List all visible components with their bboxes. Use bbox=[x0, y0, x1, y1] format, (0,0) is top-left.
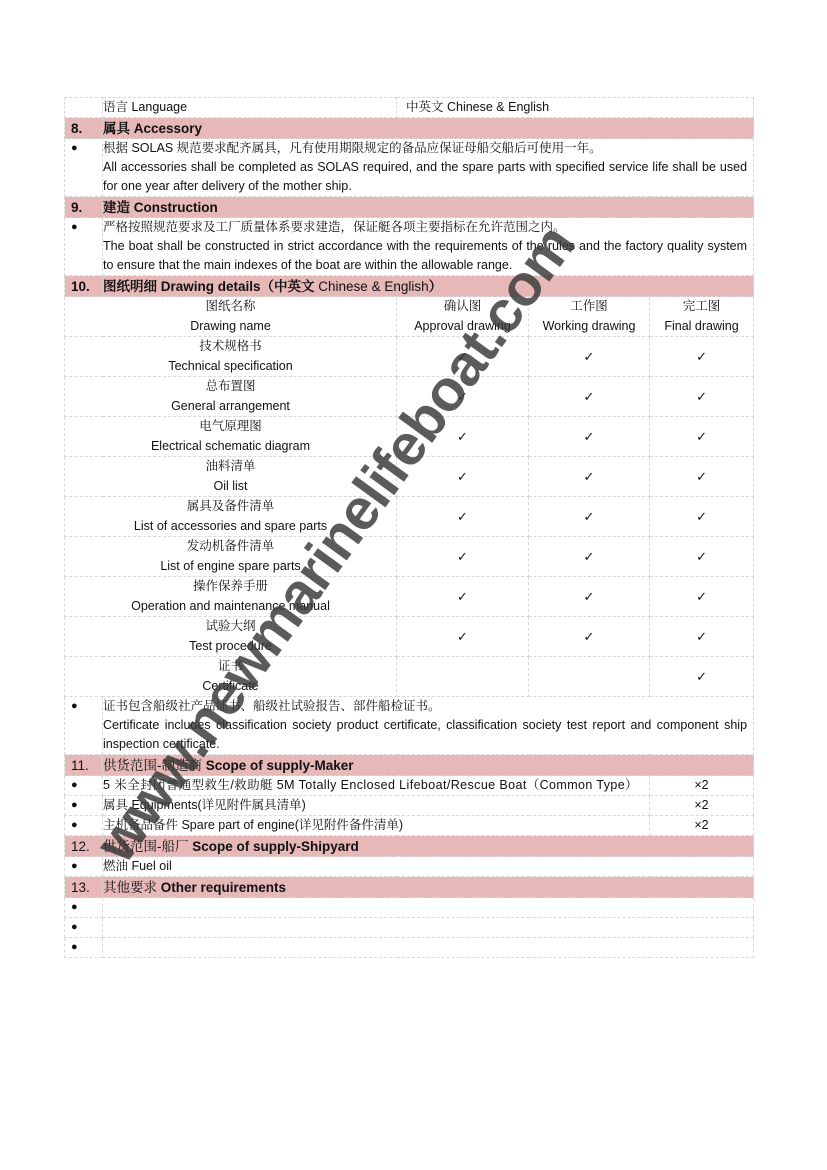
section-header-10: 10. 图纸明细 Drawing details（中英文 Chinese & E… bbox=[65, 276, 754, 297]
section-title-bold: Scope of supply-Shipyard bbox=[192, 839, 359, 854]
document-page: 语言 Language 中英文 Chinese & English 8. 属具 … bbox=[64, 97, 753, 958]
section-title: 图纸明细 Drawing details（中英文 Chinese & Engli… bbox=[103, 276, 754, 297]
item-text bbox=[103, 938, 754, 958]
paragraph-cn: 根据 SOLAS 规范要求配齐属具，凡有使用期限规定的备品应保证母船交船后可使用… bbox=[103, 139, 747, 158]
section-title-bold: Scope of supply-Maker bbox=[206, 758, 354, 773]
approval-check-icon: ✓ bbox=[397, 417, 529, 457]
bullet-icon: ● bbox=[65, 139, 103, 197]
section-number: 10. bbox=[65, 276, 103, 297]
language-label: 语言 Language bbox=[103, 98, 397, 118]
list-item: ●主机备品备件 Spare part of engine(详见附件备件清单)×2 bbox=[65, 816, 754, 836]
working-check-icon: ✓ bbox=[529, 537, 650, 577]
working-check-icon: ✓ bbox=[529, 497, 650, 537]
approval-check-icon: ✓ bbox=[397, 537, 529, 577]
item-quantity: ×2 bbox=[650, 776, 754, 796]
bullet-icon: ● bbox=[65, 776, 103, 796]
paragraph-en: All accessories shall be completed as SO… bbox=[103, 158, 747, 196]
note-cn: 证书包含船级社产品证书、船级社试验报告、部件船检证书。 bbox=[103, 697, 747, 716]
section-header-8: 8. 属具 Accessory bbox=[65, 118, 754, 139]
working-check-icon: ✓ bbox=[529, 417, 650, 457]
section-body-9: ● 严格按照规范要求及工厂质量体系要求建造，保证艇各项主要指标在允许范围之内。 … bbox=[65, 218, 754, 276]
drawing-name-cn: 属具及备件清单 bbox=[65, 497, 396, 517]
approval-check-icon: ✓ bbox=[397, 497, 529, 537]
final-check-icon: ✓ bbox=[650, 417, 754, 457]
column-header-cn: 确认图 bbox=[397, 297, 528, 317]
bullet-icon: ● bbox=[65, 218, 103, 276]
shipyard-supply-list: ●燃油 Fuel oil bbox=[65, 857, 754, 877]
approval-check-icon: ✓ bbox=[397, 377, 529, 417]
item-text bbox=[103, 918, 754, 938]
drawing-name-cn: 油料清单 bbox=[65, 457, 396, 477]
drawing-name-en: Oil list bbox=[65, 477, 396, 497]
note-en: Certificate includes classification soci… bbox=[103, 716, 747, 754]
drawing-name-cn: 试验大纲 bbox=[65, 617, 396, 637]
approval-check-icon: ✓ bbox=[397, 337, 529, 377]
drawing-name-en: Electrical schematic diagram bbox=[65, 437, 396, 457]
drawing-name-cn: 总布置图 bbox=[65, 377, 396, 397]
working-check-icon: ✓ bbox=[529, 377, 650, 417]
list-item: ●燃油 Fuel oil bbox=[65, 857, 754, 877]
final-check-icon: ✓ bbox=[650, 457, 754, 497]
drawing-name: 发动机备件清单List of engine spare parts bbox=[65, 537, 397, 577]
paragraph-cn: 严格按照规范要求及工厂质量体系要求建造，保证艇各项主要指标在允许范围之内。 bbox=[103, 218, 747, 237]
drawing-name-cn: 证书 bbox=[65, 657, 396, 677]
other-requirements-list: ●●● bbox=[65, 898, 754, 958]
drawing-table-header: 图纸名称Drawing name 确认图Approval drawing 工作图… bbox=[65, 297, 754, 337]
bullet-icon: ● bbox=[65, 697, 103, 755]
list-item: ● bbox=[65, 898, 754, 918]
column-header-cn: 图纸名称 bbox=[65, 297, 396, 317]
working-check-icon: ✓ bbox=[529, 577, 650, 617]
language-row: 语言 Language 中英文 Chinese & English bbox=[65, 98, 754, 118]
approval-check-icon: ✓ bbox=[397, 617, 529, 657]
column-header-en: Approval drawing bbox=[397, 317, 528, 337]
list-item: ●5 米全封闭普通型救生/救助艇 5M Totally Enclosed Lif… bbox=[65, 776, 754, 796]
column-header-en: Final drawing bbox=[650, 317, 753, 337]
working-check-icon: ✓ bbox=[529, 617, 650, 657]
drawing-row: 技术规格书Technical specification✓✓✓ bbox=[65, 337, 754, 377]
drawing-name-cn: 发动机备件清单 bbox=[65, 537, 396, 557]
final-check-icon: ✓ bbox=[650, 577, 754, 617]
column-header-approval: 确认图Approval drawing bbox=[397, 297, 529, 337]
column-header-cn: 完工图 bbox=[650, 297, 753, 317]
column-header-working: 工作图Working drawing bbox=[529, 297, 650, 337]
section-title: 其他要求 Other requirements bbox=[103, 877, 754, 898]
drawing-name-en: Test procedure bbox=[65, 637, 396, 657]
drawing-row: 电气原理图Electrical schematic diagram✓✓✓ bbox=[65, 417, 754, 457]
bullet-icon: ● bbox=[65, 918, 103, 938]
section-header-9: 9. 建造 Construction bbox=[65, 197, 754, 218]
bullet-icon: ● bbox=[65, 816, 103, 836]
certificate-note: ● 证书包含船级社产品证书、船级社试验报告、部件船检证书。 Certificat… bbox=[65, 697, 754, 755]
column-header-final: 完工图Final drawing bbox=[650, 297, 754, 337]
drawing-name: 电气原理图Electrical schematic diagram bbox=[65, 417, 397, 457]
section-header-11: 11. 供货范围-制造商 Scope of supply-Maker bbox=[65, 755, 754, 776]
drawing-name-en: List of accessories and spare parts bbox=[65, 517, 396, 537]
working-check-icon: ✓ bbox=[529, 337, 650, 377]
drawing-name-en: Certificate bbox=[65, 677, 396, 697]
drawing-name-cn: 操作保养手册 bbox=[65, 577, 396, 597]
drawing-name: 试验大纲Test procedure bbox=[65, 617, 397, 657]
final-check-icon: ✓ bbox=[650, 657, 754, 697]
drawing-rows: 技术规格书Technical specification✓✓✓总布置图Gener… bbox=[65, 337, 754, 697]
drawing-name: 操作保养手册Operation and maintenance manual bbox=[65, 577, 397, 617]
drawing-name: 证书Certificate bbox=[65, 657, 397, 697]
drawing-row: 属具及备件清单List of accessories and spare par… bbox=[65, 497, 754, 537]
list-item: ●属具 Equipments(详见附件属具清单)×2 bbox=[65, 796, 754, 816]
list-item: ● bbox=[65, 938, 754, 958]
final-check-icon: ✓ bbox=[650, 377, 754, 417]
drawing-name-en: General arrangement bbox=[65, 397, 396, 417]
section-number: 8. bbox=[65, 118, 103, 139]
drawing-name-cn: 技术规格书 bbox=[65, 337, 396, 357]
final-check-icon: ✓ bbox=[650, 617, 754, 657]
section-number: 11. bbox=[65, 755, 103, 776]
item-text: 5 米全封闭普通型救生/救助艇 5M Totally Enclosed Life… bbox=[103, 776, 650, 796]
section-title: 建造 Construction bbox=[103, 197, 754, 218]
drawing-name: 油料清单Oil list bbox=[65, 457, 397, 497]
section-number: 13. bbox=[65, 877, 103, 898]
language-value: 中英文 Chinese & English bbox=[397, 98, 754, 118]
final-check-icon: ✓ bbox=[650, 537, 754, 577]
drawing-name: 技术规格书Technical specification bbox=[65, 337, 397, 377]
drawing-row: 油料清单Oil list✓✓✓ bbox=[65, 457, 754, 497]
section-title: 属具 Accessory bbox=[103, 118, 754, 139]
section-title: 供货范围-制造商 Scope of supply-Maker bbox=[103, 755, 754, 776]
section-title-bold: Other requirements bbox=[161, 880, 286, 895]
section-title: 供货范围-船厂 Scope of supply-Shipyard bbox=[103, 836, 754, 857]
drawing-row: 试验大纲Test procedure✓✓✓ bbox=[65, 617, 754, 657]
drawing-name: 属具及备件清单List of accessories and spare par… bbox=[65, 497, 397, 537]
item-text: 燃油 Fuel oil bbox=[103, 857, 754, 877]
working-check-icon: ✓ bbox=[529, 457, 650, 497]
drawing-name-cn: 电气原理图 bbox=[65, 417, 396, 437]
drawing-name-en: Operation and maintenance manual bbox=[65, 597, 396, 617]
item-text: 属具 Equipments(详见附件属具清单) bbox=[103, 796, 650, 816]
working-check-icon bbox=[529, 657, 650, 697]
drawing-row: 发动机备件清单List of engine spare parts✓✓✓ bbox=[65, 537, 754, 577]
column-header-en: Working drawing bbox=[529, 317, 649, 337]
drawing-name-en: List of engine spare parts bbox=[65, 557, 396, 577]
section-title-bold: 图纸明细 Drawing details（中英文 bbox=[103, 279, 315, 294]
section-number: 9. bbox=[65, 197, 103, 218]
section-title-plain: Chinese & English bbox=[315, 279, 429, 294]
column-header-en: Drawing name bbox=[65, 317, 396, 337]
drawing-row: 证书Certificate✓ bbox=[65, 657, 754, 697]
approval-check-icon: ✓ bbox=[397, 457, 529, 497]
section-title-plain: 其他要求 bbox=[103, 880, 161, 895]
item-quantity: ×2 bbox=[650, 816, 754, 836]
drawing-row: 总布置图General arrangement✓✓✓ bbox=[65, 377, 754, 417]
bullet-icon: ● bbox=[65, 857, 103, 877]
final-check-icon: ✓ bbox=[650, 497, 754, 537]
approval-check-icon bbox=[397, 657, 529, 697]
bullet-icon: ● bbox=[65, 898, 103, 918]
bullet-icon: ● bbox=[65, 796, 103, 816]
section-body-8: ● 根据 SOLAS 规范要求配齐属具，凡有使用期限规定的备品应保证母船交船后可… bbox=[65, 139, 754, 197]
section-header-13: 13. 其他要求 Other requirements bbox=[65, 877, 754, 898]
section-header-12: 12. 供货范围-船厂 Scope of supply-Shipyard bbox=[65, 836, 754, 857]
column-header-drawing-name: 图纸名称Drawing name bbox=[65, 297, 397, 337]
item-text: 主机备品备件 Spare part of engine(详见附件备件清单) bbox=[103, 816, 650, 836]
approval-check-icon: ✓ bbox=[397, 577, 529, 617]
list-item: ● bbox=[65, 918, 754, 938]
bullet-icon: ● bbox=[65, 938, 103, 958]
paragraph-en: The boat shall be constructed in strict … bbox=[103, 237, 747, 275]
section-title-plain: 供货范围-制造商 bbox=[103, 758, 206, 773]
section-title-plain: 供货范围-船厂 bbox=[103, 839, 192, 854]
item-quantity: ×2 bbox=[650, 796, 754, 816]
spec-table: 语言 Language 中英文 Chinese & English 8. 属具 … bbox=[64, 97, 754, 958]
final-check-icon: ✓ bbox=[650, 337, 754, 377]
section-title-end: ） bbox=[429, 279, 443, 294]
section-number: 12. bbox=[65, 836, 103, 857]
item-text bbox=[103, 898, 754, 918]
maker-supply-list: ●5 米全封闭普通型救生/救助艇 5M Totally Enclosed Lif… bbox=[65, 776, 754, 836]
drawing-name: 总布置图General arrangement bbox=[65, 377, 397, 417]
column-header-cn: 工作图 bbox=[529, 297, 649, 317]
drawing-name-en: Technical specification bbox=[65, 357, 396, 377]
drawing-row: 操作保养手册Operation and maintenance manual✓✓… bbox=[65, 577, 754, 617]
